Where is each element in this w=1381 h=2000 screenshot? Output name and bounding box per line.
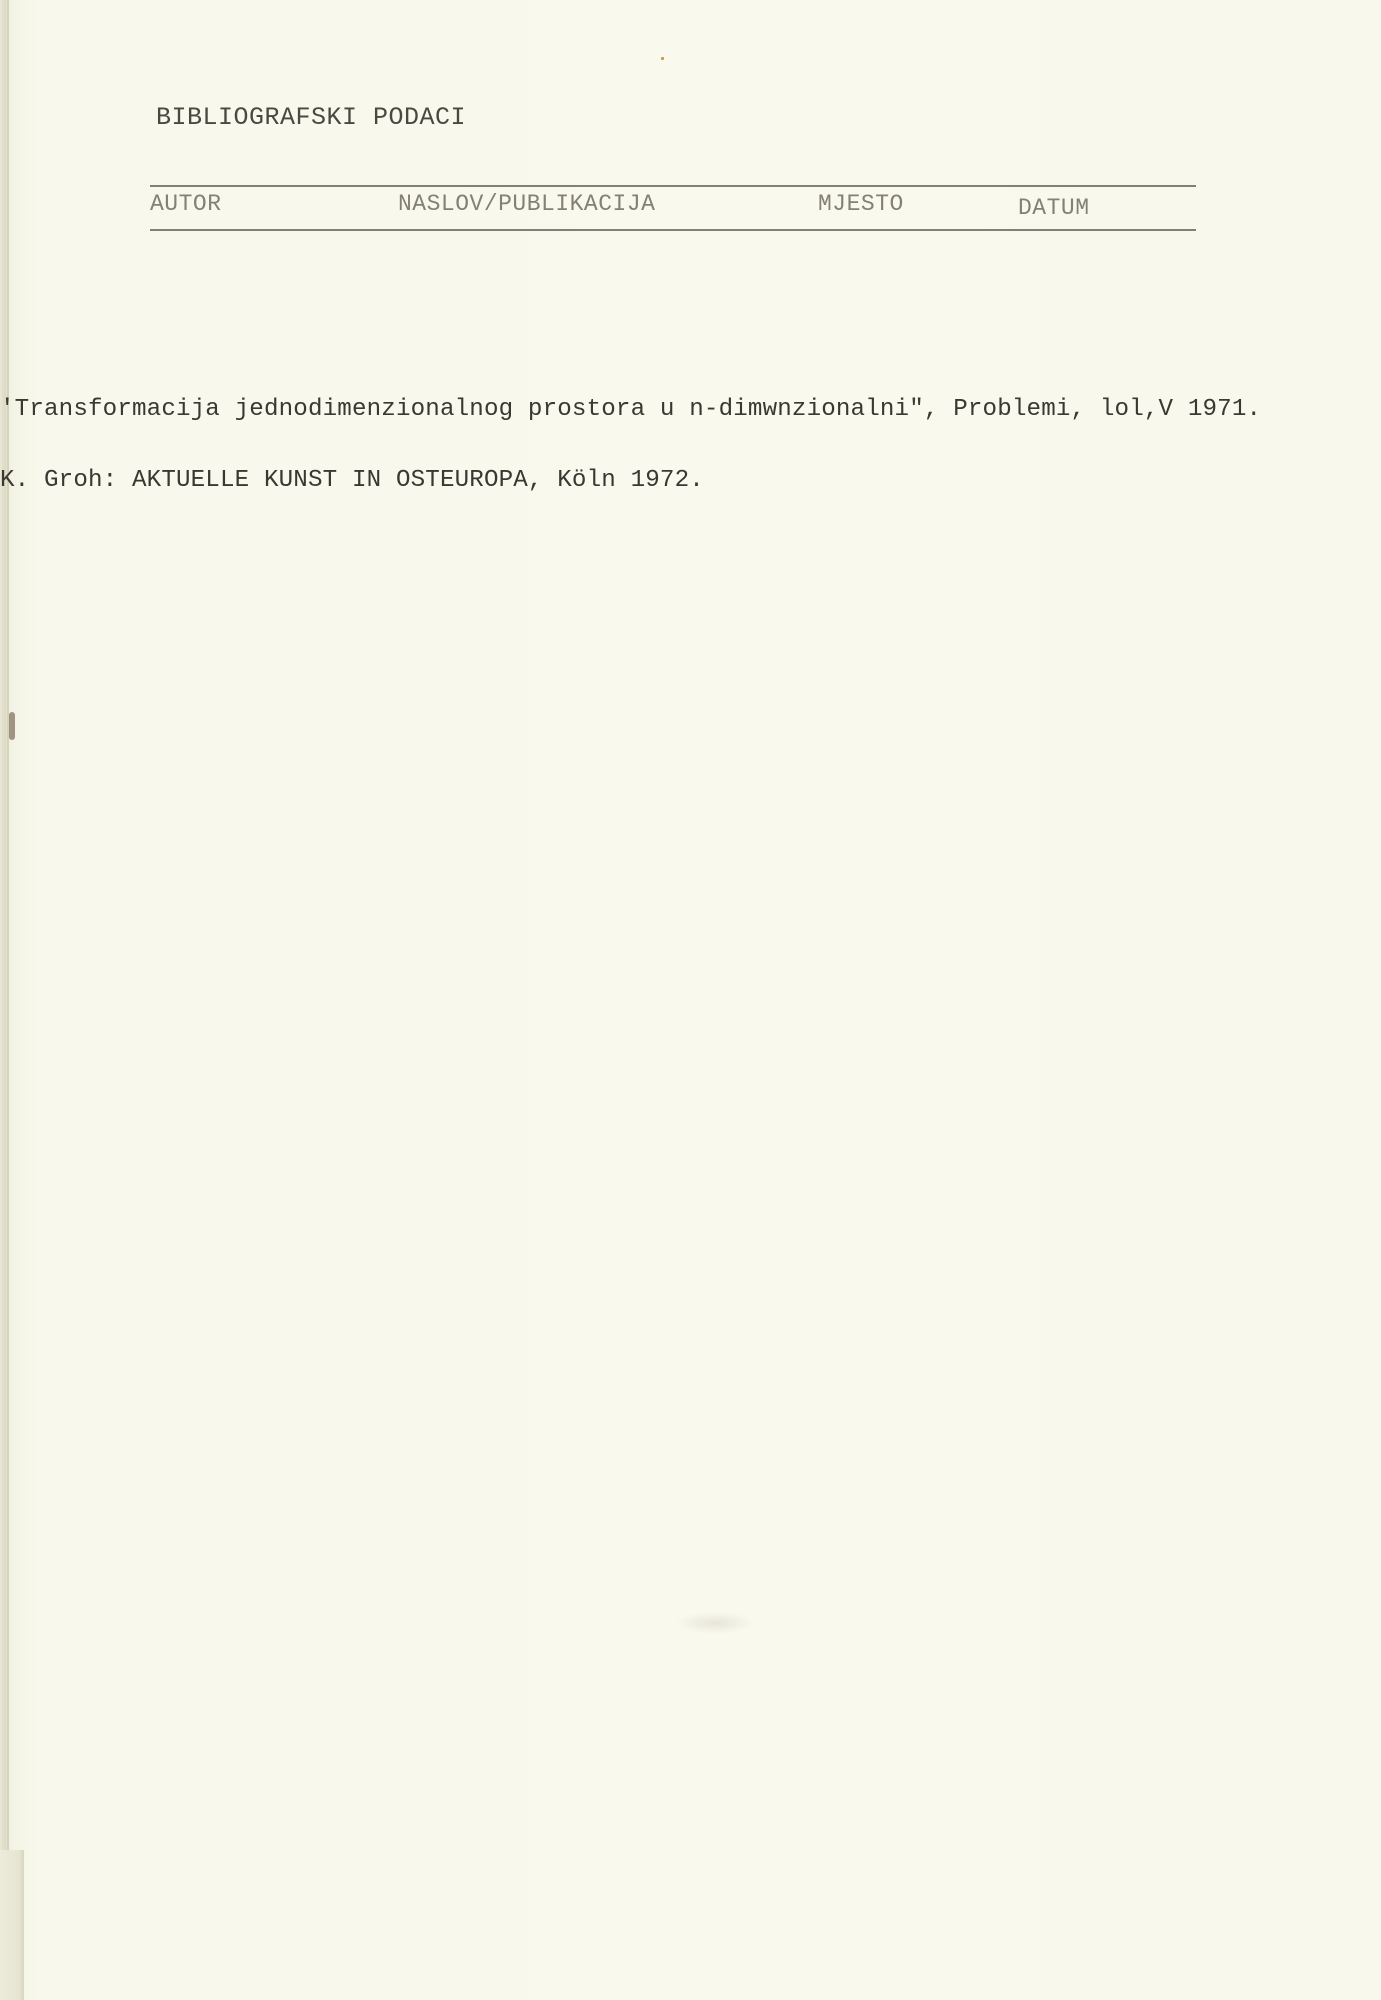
page-fold-bottom — [0, 1850, 24, 2000]
column-autor: AUTOR — [150, 191, 222, 217]
binding-notch — [9, 712, 15, 740]
header-rule-top — [150, 185, 1196, 187]
bibliography-entry: 'Transformacija jednodimenzionalnog pros… — [0, 396, 1261, 423]
document-heading: BIBLIOGRAFSKI PODACI — [156, 103, 466, 132]
column-mjesto: MJESTO — [818, 191, 904, 217]
paper-smudge — [675, 1612, 755, 1634]
bibliography-entry: K. Groh: AKTUELLE KUNST IN OSTEUROPA, Kö… — [0, 467, 704, 494]
fold-line — [7, 0, 9, 2000]
column-header-row: AUTOR NASLOV/PUBLIKACIJA MJESTO DATUM — [150, 185, 1196, 231]
column-naslov-publikacija: NASLOV/PUBLIKACIJA — [398, 191, 655, 217]
column-datum: DATUM — [1018, 195, 1090, 221]
paper-background — [0, 0, 1381, 2000]
header-rule-bottom — [150, 229, 1196, 231]
paper-speck — [661, 57, 664, 60]
